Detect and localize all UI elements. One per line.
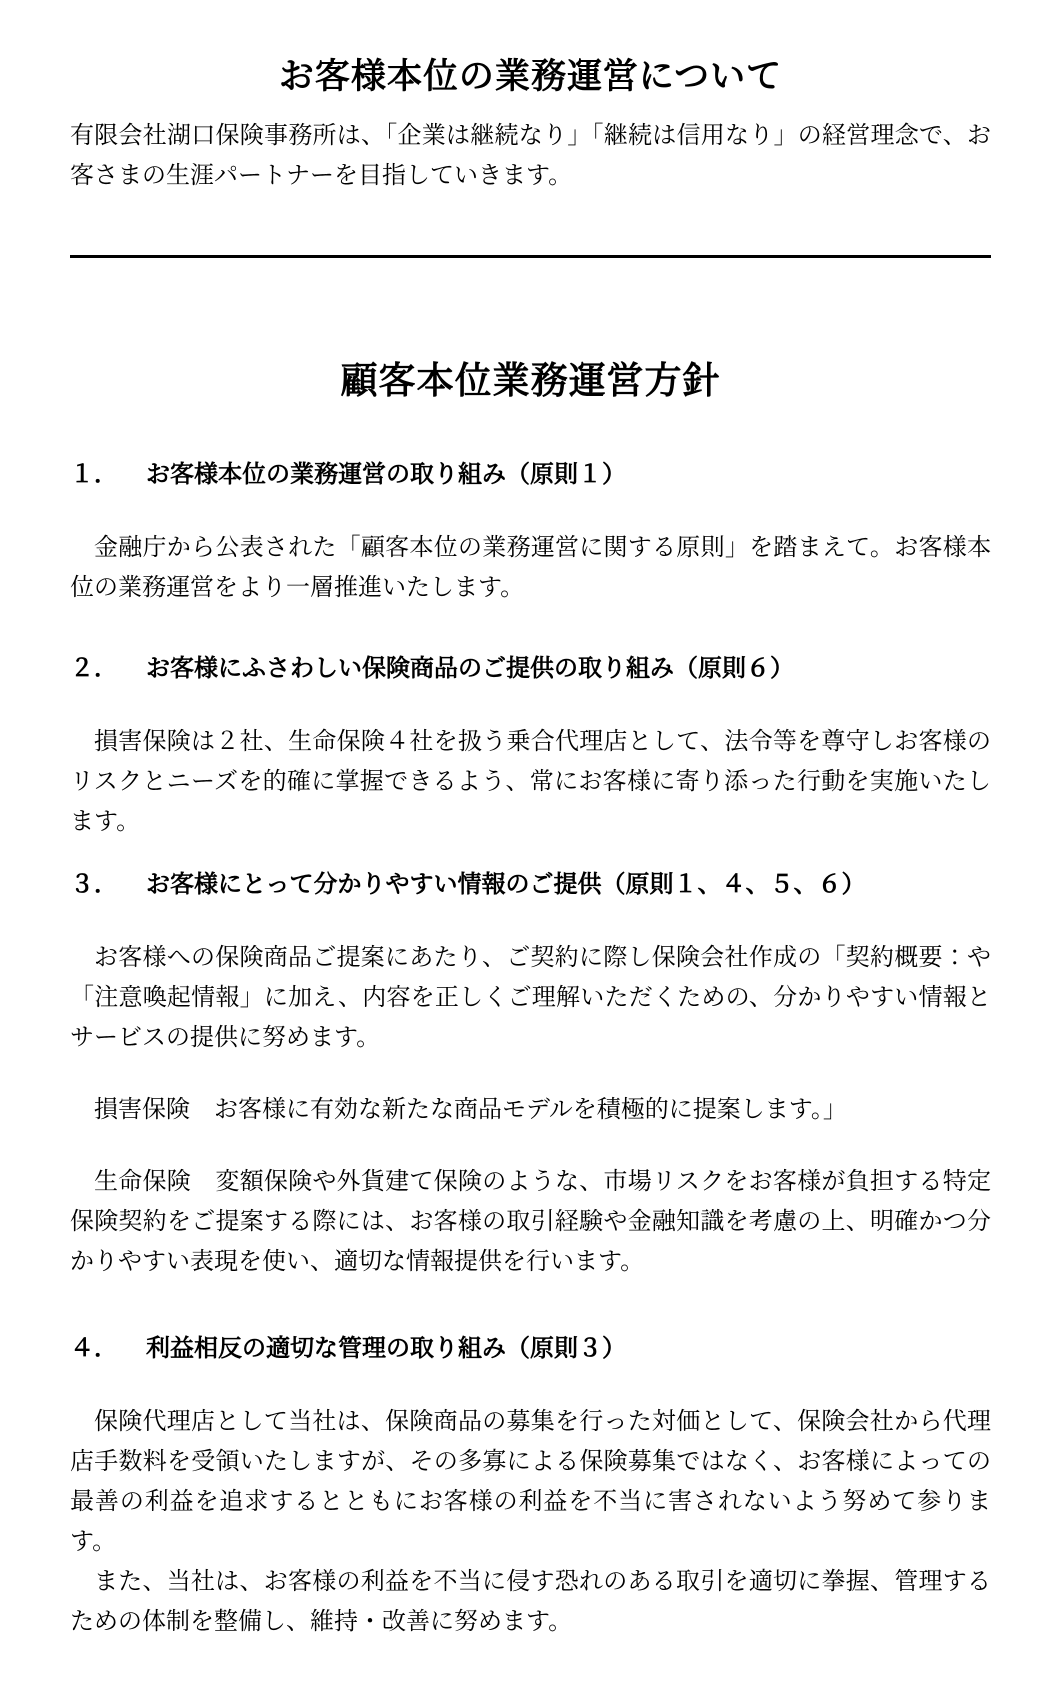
section-3-paragraph-3: 生命保険 変額保険や外貨建て保険のような、市場リスクをお客様が負担する特定保険契… (70, 1162, 991, 1282)
section-1-number: １． (70, 458, 118, 492)
section-1-title: お客様本位の業務運営の取り組み（原則１） (146, 458, 626, 492)
section-3-title: お客様にとって分かりやすい情報のご提供（原則１、４、５、６） (146, 868, 866, 902)
section-2: ２． お客様にふさわしい保険商品のご提供の取り組み（原則６） 損害保険は２社、生… (70, 652, 991, 842)
section-2-number: ２． (70, 652, 118, 686)
section-4-number: ４． (70, 1332, 118, 1366)
section-4-paragraph-1: 保険代理店として当社は、保険商品の募集を行った対価として、保険会社から代理店手数… (70, 1402, 991, 1562)
section-3: ３． お客様にとって分かりやすい情報のご提供（原則１、４、５、６） お客様への保… (70, 868, 991, 1282)
section-4-title: 利益相反の適切な管理の取り組み（原則３） (146, 1332, 626, 1366)
document-page: お客様本位の業務運営について 有限会社湖口保険事務所は、「企業は継続なり」「継続… (0, 0, 1061, 1689)
section-1: １． お客様本位の業務運営の取り組み（原則１） 金融庁から公表された「顧客本位の… (70, 458, 991, 608)
section-1-heading: １． お客様本位の業務運営の取り組み（原則１） (70, 458, 991, 492)
section-4: ４． 利益相反の適切な管理の取り組み（原則３） 保険代理店として当社は、保険商品… (70, 1332, 991, 1642)
section-3-paragraph-1: お客様への保険商品ご提案にあたり、ご契約に際し保険会社作成の「契約概要：や「注意… (70, 938, 991, 1058)
policy-title: 顧客本位業務運営方針 (70, 357, 991, 405)
section-3-paragraph-2: 損害保険 お客様に有効な新たな商品モデルを積極的に提案します。」 (70, 1090, 991, 1130)
section-4-paragraph-2: また、当社は、お客様の利益を不当に侵す恐れのある取引を適切に拳握、管理するための… (70, 1562, 991, 1642)
section-4-heading: ４． 利益相反の適切な管理の取り組み（原則３） (70, 1332, 991, 1366)
document-title: お客様本位の業務運営について (70, 54, 991, 100)
intro-paragraph: 有限会社湖口保険事務所は、「企業は継続なり」「継続は信用なり」の経営理念で、お客… (70, 116, 991, 196)
section-3-number: ３． (70, 868, 118, 902)
section-2-paragraph: 損害保険は２社、生命保険４社を扱う乗合代理店として、法令等を尊守しお客様のリスク… (70, 722, 991, 842)
section-2-heading: ２． お客様にふさわしい保険商品のご提供の取り組み（原則６） (70, 652, 991, 686)
section-2-title: お客様にふさわしい保険商品のご提供の取り組み（原則６） (146, 652, 794, 686)
section-1-paragraph: 金融庁から公表された「顧客本位の業務運営に関する原則」を踏まえて。お客様本位の業… (70, 528, 991, 608)
horizontal-divider (70, 255, 991, 258)
section-3-heading: ３． お客様にとって分かりやすい情報のご提供（原則１、４、５、６） (70, 868, 991, 902)
